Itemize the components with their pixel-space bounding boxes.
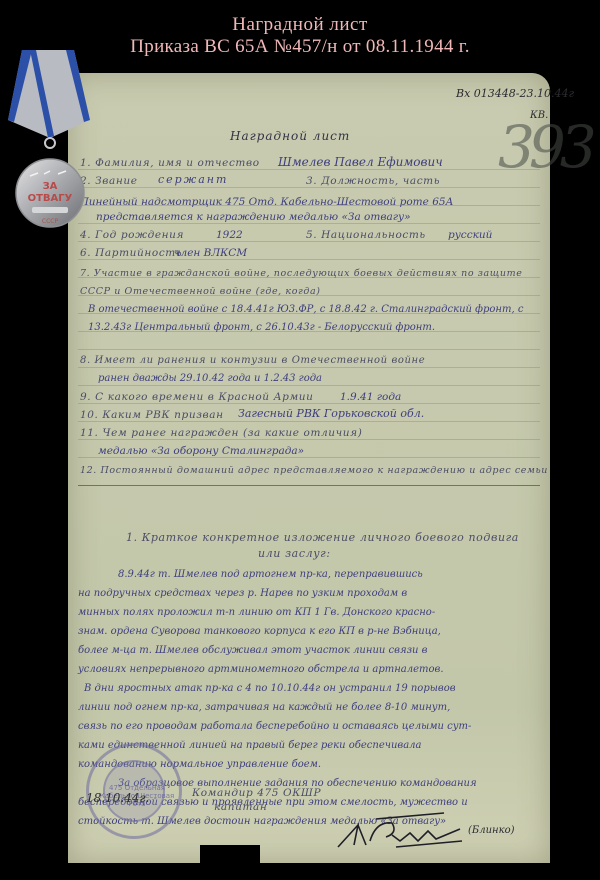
field-label-nationality: 5. Национальность xyxy=(306,229,426,241)
svg-text:ЗА: ЗА xyxy=(43,181,58,192)
feat-line: более м-ца т. Шмелев обслуживал этот уча… xyxy=(78,641,540,660)
commander-position: Командир 475 ОКШР xyxy=(192,787,321,799)
registry-note: Вх 013448-23.10.44г xyxy=(456,87,574,100)
field-label-position: 3. Должность, часть xyxy=(306,175,440,187)
field-label-prior-awards: 11. Чем ранее награжден (за какие отличи… xyxy=(80,427,362,439)
award-sheet-paper: Вх 013448-23.10.44г КВ. 393 Наградной ли… xyxy=(68,73,550,863)
signature-icon xyxy=(336,811,466,851)
field-label-name: 1. Фамилия, имя и отчество xyxy=(80,157,260,169)
field-value-rank: сержант xyxy=(158,173,228,186)
feat-heading-cont: или заслуг: xyxy=(258,547,331,560)
field-label-party: 6. Партийность xyxy=(80,247,182,259)
field-value-service: В отечественной войне с 18.4.41г Ю3.ФР, … xyxy=(88,301,543,337)
feat-line: условиях непрерывного артминометного обс… xyxy=(78,660,540,679)
field-value-party: член ВЛКСМ xyxy=(174,247,247,259)
field-label-army-since: 9. С какого времени в Красной Армии xyxy=(80,391,313,403)
commander-rank: капитан xyxy=(214,801,267,813)
field-label-rvk: 10. Каким РВК призван xyxy=(80,409,224,421)
field-value-army-since: 1.9.41 года xyxy=(340,391,401,403)
signing-date: 18.10.44г. xyxy=(86,791,149,805)
field-value-rvk: Загесный РВК Горьковской обл. xyxy=(238,407,424,420)
feat-line: минных полях проложил т-п линию от КП 1 … xyxy=(78,603,540,622)
feat-line: За образцовое выполнение задания по обес… xyxy=(118,774,580,793)
commander-name: (Блинко) xyxy=(468,825,515,836)
feat-line: связь по его проводам работала бесперебо… xyxy=(78,717,540,736)
field-value-position: Линейный надсмотрщик 475 Отд. Кабельно-Ш… xyxy=(80,193,535,211)
feat-line: знам. ордена Суворова танкового корпуса … xyxy=(78,622,540,641)
field-label-wounds: 8. Имеет ли ранения и контузии в Отечест… xyxy=(80,355,425,366)
svg-text:ОТВАГУ: ОТВАГУ xyxy=(28,193,73,204)
feat-line: на подручных средствах через р. Нарев по… xyxy=(78,584,540,603)
header-title: Наградной лист xyxy=(0,14,600,36)
document-title: Наградной лист xyxy=(230,129,350,143)
field-value-nationality: русский xyxy=(448,229,492,241)
feat-line: В дни яростных атак пр-ка с 4 по 10.10.4… xyxy=(84,679,546,698)
feat-heading: 1. Краткое конкретное изложение личного … xyxy=(126,531,519,544)
field-value-birth-year: 1922 xyxy=(216,229,243,241)
field-label-address: 12. Постоянный домашний адрес представля… xyxy=(80,465,548,476)
feat-line: линии под огнем пр-ка, затрачивая на каж… xyxy=(78,698,540,717)
medal-for-courage-icon: ЗА ОТВАГУ СССР xyxy=(0,50,100,240)
award-nomination: представляется к награждению медалью «За… xyxy=(96,211,411,223)
field-label-service: 7. Участие в гражданской войне, последую… xyxy=(80,265,542,301)
field-value-name: Шмелев Павел Ефимович xyxy=(278,155,443,169)
svg-text:СССР: СССР xyxy=(42,218,59,225)
feat-line: 8.9.44г т. Шмелев под артогнем пр-ка, пе… xyxy=(118,565,580,584)
field-value-wounds: ранен дважды 29.10.42 года и 1.2.43 года xyxy=(98,373,538,384)
pencil-sheet-number: 393 xyxy=(498,113,591,181)
field-value-prior-awards: медалью «За оборону Сталинграда» xyxy=(98,445,538,457)
